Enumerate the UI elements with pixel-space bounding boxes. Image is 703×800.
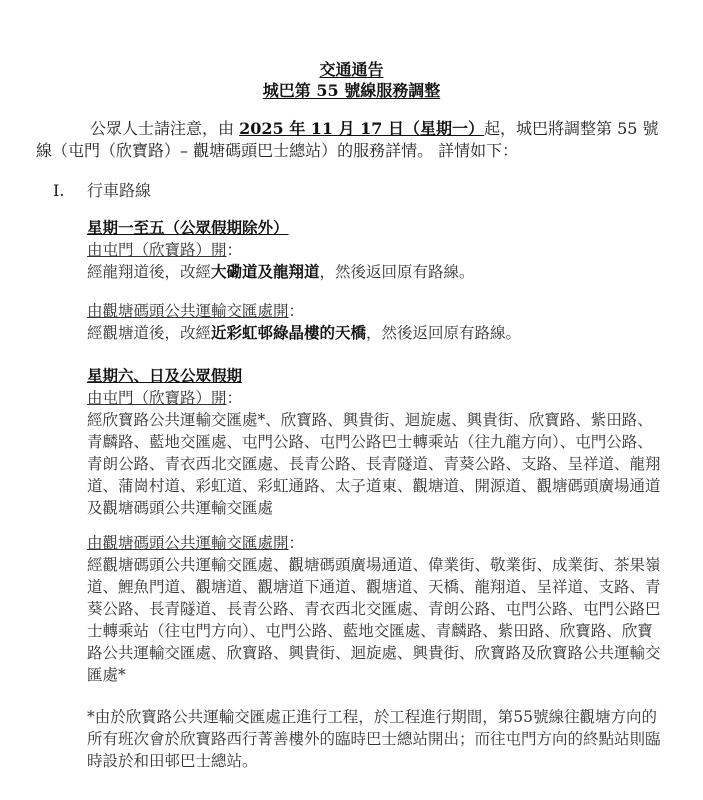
traffic-notice-document: 交通通告 城巴第 55 號線服務調整 公眾人士請注意，由 2025 年 11 月… bbox=[0, 0, 703, 800]
weekend-from-tuen-mun: 星期六、日及公眾假期 由屯門（欣寶路）開： 經欣寶路公共運輸交匯處*、欣寶路、興… bbox=[87, 365, 667, 519]
direction-heading: 由觀塘碼頭公共運輸交匯處開： bbox=[87, 300, 667, 322]
effective-date: 2025 年 11 月 17 日（星期一） bbox=[239, 119, 484, 138]
weekday-from-tuen-mun: 星期一至五（公眾假期除外） 由屯門（欣寶路）開： 經龍翔道後，改經大磡道及龍翔道… bbox=[87, 217, 667, 283]
route-text: 經欣寶路公共運輸交匯處*、欣寶路、興貴街、迴旋處、興貴街、欣寶路、紫田路、青麟路… bbox=[87, 409, 667, 519]
direction-heading: 由觀塘碼頭公共運輸交匯處開： bbox=[87, 532, 667, 554]
direction-heading: 由屯門（欣寶路）開： bbox=[87, 239, 667, 261]
weekday-from-kwun-tong: 由觀塘碼頭公共運輸交匯處開： 經觀塘道後，改經近彩虹邨綠晶樓的天橋，然後返回原有… bbox=[87, 300, 667, 344]
notice-subtitle: 城巴第 55 號線服務調整 bbox=[0, 78, 703, 101]
route-change-text: 經龍翔道後，改經大磡道及龍翔道，然後返回原有路線。 bbox=[87, 261, 667, 283]
notice-title: 交通通告 bbox=[0, 57, 703, 80]
intro-prefix: 公眾人士請注意，由 bbox=[90, 119, 239, 138]
route-change-text: 經觀塘道後，改經近彩虹邨綠晶樓的天橋，然後返回原有路線。 bbox=[87, 322, 667, 344]
weekday-heading: 星期一至五（公眾假期除外） bbox=[87, 217, 667, 239]
section-title: 行車路線 bbox=[87, 180, 151, 202]
section-number: I. bbox=[53, 180, 64, 202]
weekend-heading: 星期六、日及公眾假期 bbox=[87, 365, 667, 387]
route-text: 經觀塘碼頭公共運輸交匯處、觀塘碼頭廣場通道、偉業街、敬業街、成業街、茶果嶺道、鯉… bbox=[87, 554, 667, 686]
direction-heading: 由屯門（欣寶路）開： bbox=[87, 387, 667, 409]
weekend-from-kwun-tong: 由觀塘碼頭公共運輸交匯處開： 經觀塘碼頭公共運輸交匯處、觀塘碼頭廣場通道、偉業街… bbox=[87, 532, 667, 686]
footnote: *由於欣寶路公共運輸交匯處正進行工程，於工程進行期間，第55號線往觀塘方向的所有… bbox=[87, 706, 667, 772]
intro-paragraph: 公眾人士請注意，由 2025 年 11 月 17 日（星期一）起，城巴將調整第 … bbox=[36, 118, 666, 162]
